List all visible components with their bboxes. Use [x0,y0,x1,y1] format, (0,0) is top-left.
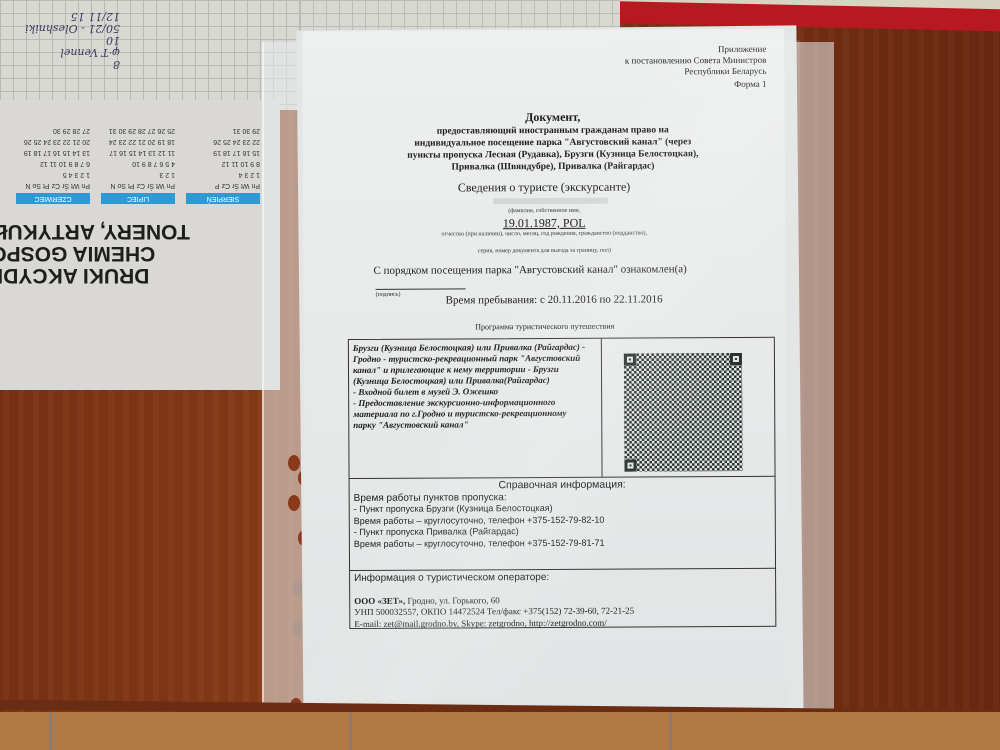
acknowledgement-text: С порядком посещения парка "Августовский… [373,263,686,277]
annex-line: Республики Беларусь [625,66,767,78]
program-line: парку "Августовский канал" [353,419,597,431]
qr-code-icon [624,353,743,472]
operator-name: ООО «ЗЕТ», [354,595,405,605]
program-line: Гродно - туристско-рекреационный парк "А… [353,353,597,365]
calendar: CZERWIEC Pn Wt Śr Cz Pt So N 1 2 3 4 5 6… [0,100,280,210]
note-line: 12/11 15 [10,10,120,22]
handwritten-notes: 8 φ·T Vennel 10 50/21 - Oleshniki 12/11 … [10,0,120,70]
week-row: 22 23 24 25 26 [186,136,260,146]
month-name: CZERWIEC [16,193,90,204]
document-title-block: Документ, предоставляющий иностранным гр… [363,109,743,174]
month-name: LIPIEC [101,193,175,204]
advert-sheet: CZERWIEC Pn Wt Śr Cz Pt So N 1 2 3 4 5 6… [0,100,280,390]
calendar-month: SIERPIEŃ Pn Wt Śr Cz P 1 2 3 4 8 9 10 11… [186,125,260,204]
signature-line [376,288,466,289]
calendar-month: LIPIEC Pn Wt Śr Cz Pt So N 1 2 3 4 5 6 7… [101,125,175,204]
document-subtitle: пункты пропуска Лесная (Рудавка), Брузги… [363,148,743,162]
caption-name: (фамилия, собственное имя, [303,207,785,216]
week-row: 18 19 20 21 22 23 24 [101,136,175,146]
week-row: 6 7 8 9 10 11 12 [16,158,90,168]
week-row: 4 5 6 7 8 9 10 [101,158,175,168]
week-row: 13 14 15 16 17 18 19 [16,147,90,157]
note-line: 50/21 - Oleshniki [10,22,120,34]
redacted-name [493,198,608,205]
reference-info: Справочная информация: Время работы пунк… [350,476,775,570]
advert-line: CHEMIA GOSPODA [0,242,280,264]
program-heading: Программа туристического путешествия [304,321,786,333]
signature-caption: (подпись) [376,292,401,298]
reference-line: Время работы – круглосуточно, телефон +3… [354,536,771,550]
month-name: SIERPIEŃ [186,193,260,204]
advert-line: DRUKI AKCYDENS [0,264,280,286]
operator-contacts: E-mail: zet@mail.grodno.by, Skype: zetgr… [354,616,771,630]
operator-heading: Информация о туристическом операторе: [354,571,771,585]
annex-line: Приложение [625,44,767,56]
week-row: 8 9 10 11 12 [186,158,260,168]
tourist-heading: Сведения о туристе (экскурсанте) [303,179,785,197]
operator-info: Информация о туристическом операторе: ОО… [350,568,775,628]
note-line: 10 [10,34,120,46]
week-row: 1 2 3 4 [186,169,260,179]
week-row: 11 12 13 14 15 16 17 [101,147,175,157]
week-row: 1 2 3 4 5 [16,169,90,179]
program-table: Брузги (Кузница Белостоцкая) или Привалк… [348,337,777,629]
form-number: Форма 1 [734,79,766,89]
note-line: 8 [10,58,120,70]
week-row: 1 2 3 [101,169,175,179]
stay-period: Время пребывания: с 20.11.2016 по 22.11.… [446,293,663,306]
week-row: 20 21 22 23 24 25 26 [16,136,90,146]
caption-patronymic: отчество (при наличии), число, месяц, го… [303,230,785,239]
annex-header: Приложение к постановлению Совета Минист… [625,44,767,78]
program-cell: Брузги (Кузница Белостоцкая) или Привалк… [349,339,603,478]
calendar-month: CZERWIEC Pn Wt Śr Cz Pt So N 1 2 3 4 5 6… [16,125,90,204]
operator-address: Гродно, ул. Горького, 60 [405,595,500,605]
week-row: 15 16 17 18 19 [186,147,260,157]
weekday-row: Pn Wt Śr Cz P [186,180,260,190]
document-subtitle: Привалка (Швяндубре), Привалка (Райгарда… [363,160,743,174]
weekday-row: Pn Wt Śr Cz Pt So N [16,180,90,190]
annex-line: к постановлению Совета Министров [625,55,767,67]
advert-line: TONERY, ARTYKUŁY B [0,220,280,242]
week-row: 29 30 31 [186,125,260,135]
advert-text: DRUKI AKCYDENS CHEMIA GOSPODA TONERY, AR… [0,220,280,286]
program-line: материала по г.Гродно и туристско-рекреа… [353,408,597,420]
caption-passport: серия, номер документа для выезда за гра… [303,247,785,256]
week-row: 27 28 29 30 [16,125,90,135]
note-line: φ·T Vennel [10,46,120,58]
week-row: 25 26 27 28 29 30 31 [101,125,175,135]
tourist-document: Приложение к постановлению Совета Минист… [302,29,788,712]
weekday-row: Pn Wt Śr Cz Pt So N [101,180,175,190]
wooden-panel [0,712,1000,750]
